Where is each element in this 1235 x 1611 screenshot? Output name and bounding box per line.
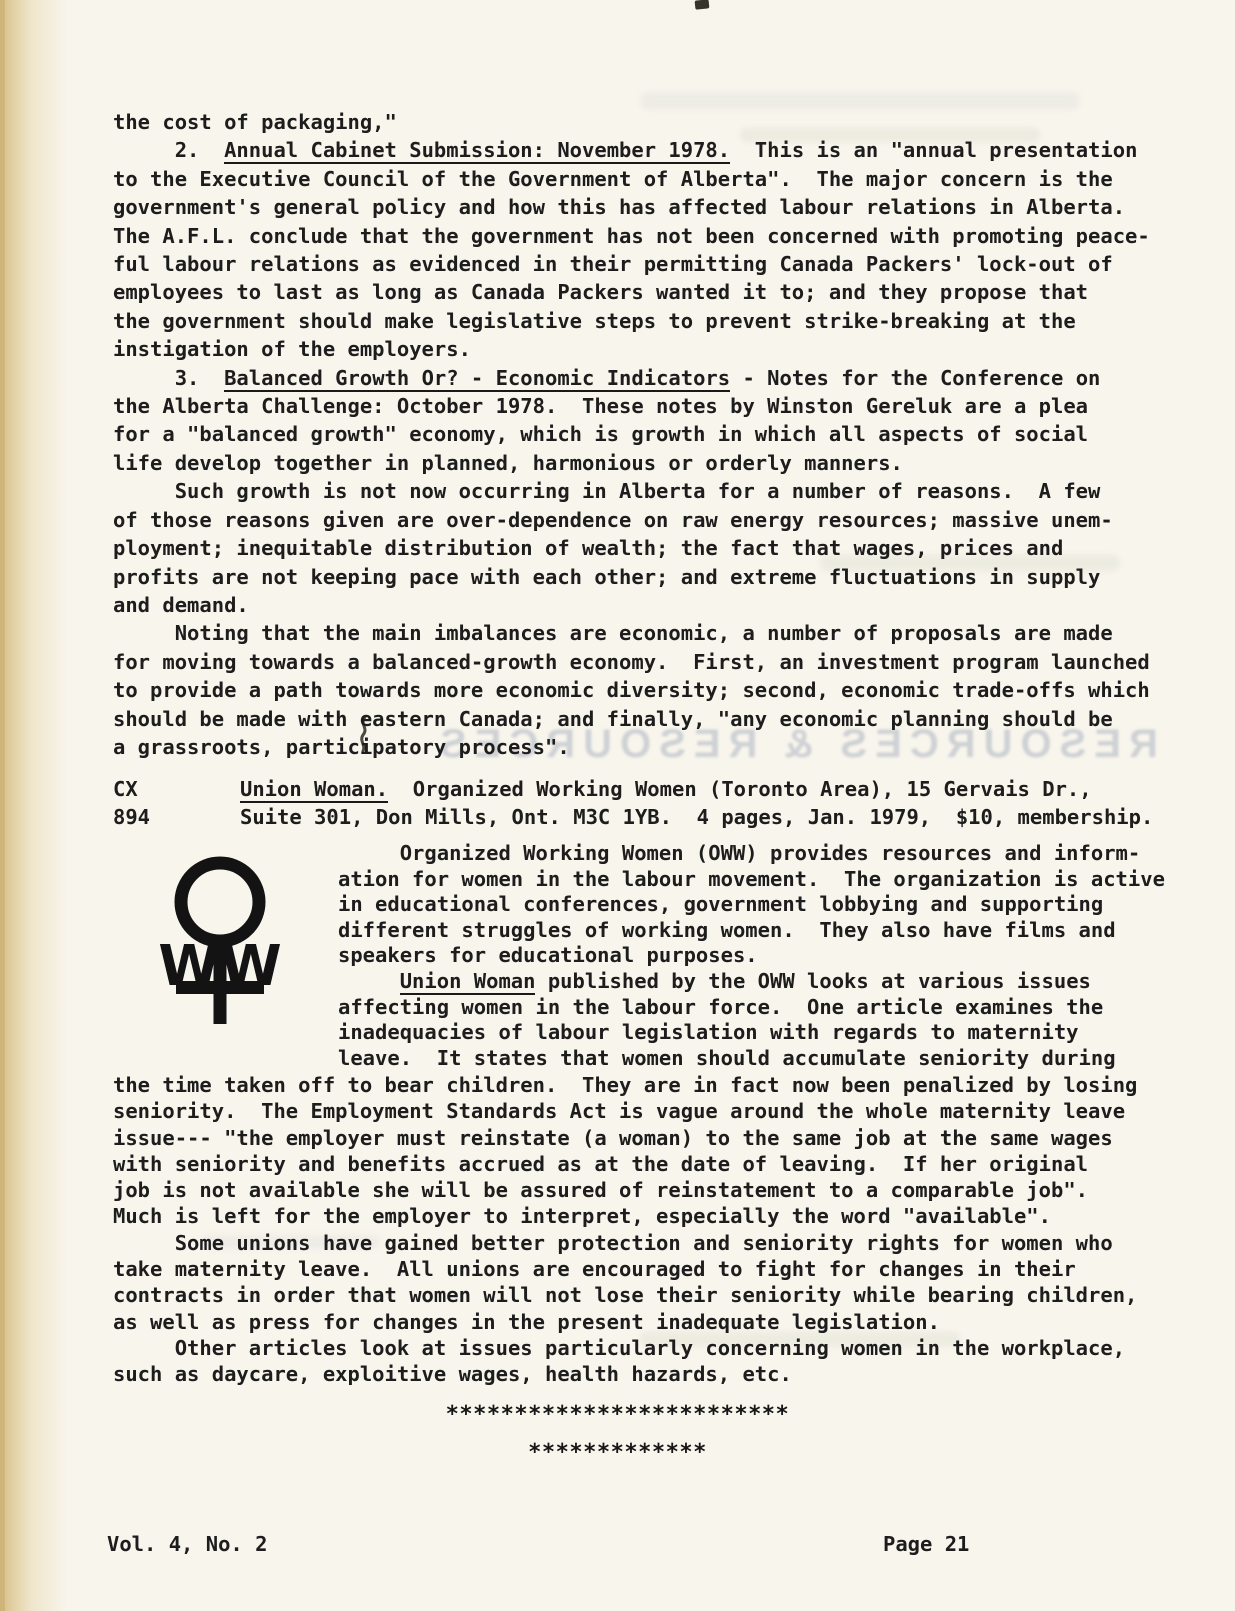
text-line: Union Woman. Organized Working Women (To…	[240, 775, 1153, 803]
underlined-heading: Annual Cabinet Submission: November 1978…	[224, 138, 730, 164]
lower-text-column: the time taken off to bear children. The…	[113, 1072, 1137, 1388]
text-line: the Alberta Challenge: October 1978. The…	[113, 392, 1150, 420]
text-segment: This is an "annual presentation	[730, 138, 1137, 162]
footer-page-number: Page 21	[883, 1532, 969, 1556]
underlined-title: Union Woman	[400, 969, 536, 995]
text-line: 2. Annual Cabinet Submission: November 1…	[113, 136, 1150, 164]
catalogue-code-line: CX	[113, 775, 150, 803]
underlined-heading: Balanced Growth Or? - Economic Indicator…	[224, 366, 730, 392]
scanned-page: RESOURCES & RESOURCES the cost of packag…	[0, 0, 1235, 1611]
text-line: Some unions have gained better protectio…	[113, 1230, 1137, 1256]
text-line: such as daycare, exploitive wages, healt…	[113, 1361, 1137, 1387]
text-line: Union Woman published by the OWW looks a…	[338, 969, 1165, 995]
asterisk-separator: *************	[0, 1440, 1235, 1465]
text-segment: Organized Working Women (Toronto Area), …	[388, 777, 1092, 801]
text-line: ation for women in the labour movement. …	[338, 867, 1165, 893]
text-line: job is not available she will be assured…	[113, 1177, 1137, 1203]
text-line: ful labour relations as evidenced in the…	[113, 250, 1150, 278]
oww-description: Organized Working Women (OWW) provides r…	[338, 841, 1165, 1071]
text-line: with seniority and benefits accrued as a…	[113, 1151, 1137, 1177]
text-line: contracts in order that women will not l…	[113, 1282, 1137, 1308]
text-line: affecting women in the labour force. One…	[338, 995, 1165, 1021]
text-line: employees to last as long as Canada Pack…	[113, 278, 1150, 306]
text-line: take maternity leave. All unions are enc…	[113, 1256, 1137, 1282]
scan-edge-shadow	[0, 0, 70, 1611]
text-segment: - Notes for the Conference on	[730, 366, 1100, 390]
text-segment: 2.	[113, 138, 224, 162]
text-line: to provide a path towards more economic …	[113, 676, 1150, 704]
text-line: should be made with eastern Canada; and …	[113, 705, 1150, 733]
asterisk-separator: *************************	[0, 1402, 1235, 1427]
scan-artifact-speck	[695, 0, 710, 10]
text-line: instigation of the employers.	[113, 335, 1150, 363]
text-line: Suite 301, Don Mills, Ont. M3C 1YB. 4 pa…	[240, 803, 1153, 831]
text-line: leave. It states that women should accum…	[338, 1046, 1165, 1072]
text-line: as well as press for changes in the pres…	[113, 1309, 1137, 1335]
text-line: a grassroots, participatory process".	[113, 733, 1150, 761]
text-segment: published by the OWW looks at various is…	[535, 969, 1090, 993]
text-line: Such growth is not now occurring in Albe…	[113, 477, 1150, 505]
scan-edge-line	[0, 0, 5, 1611]
text-line: Noting that the main imbalances are econ…	[113, 619, 1150, 647]
text-line: the time taken off to bear children. The…	[113, 1072, 1137, 1098]
oww-women-symbol-icon: WW	[150, 850, 290, 1028]
text-line: speakers for educational purposes.	[338, 943, 1165, 969]
text-line: government's general policy and how this…	[113, 193, 1150, 221]
text-line: different struggles of working women. Th…	[338, 918, 1165, 944]
text-line: Organized Working Women (OWW) provides r…	[338, 841, 1165, 867]
text-line: the cost of packaging,"	[113, 108, 1150, 136]
catalogue-code: CX 894	[113, 775, 150, 832]
catalogue-reference: Union Woman. Organized Working Women (To…	[240, 775, 1153, 832]
text-line: to the Executive Council of the Governme…	[113, 165, 1150, 193]
text-line: in educational conferences, government l…	[338, 892, 1165, 918]
underlined-title: Union Woman.	[240, 777, 388, 803]
text-line: seniority. The Employment Standards Act …	[113, 1098, 1137, 1124]
text-line: for moving towards a balanced-growth eco…	[113, 648, 1150, 676]
text-line: Much is left for the employer to interpr…	[113, 1203, 1137, 1229]
text-segment: 3.	[113, 366, 224, 390]
text-line: profits are not keeping pace with each o…	[113, 563, 1150, 591]
text-line: Other articles look at issues particular…	[113, 1335, 1137, 1361]
text-line: and demand.	[113, 591, 1150, 619]
text-line: issue--- "the employer must reinstate (a…	[113, 1125, 1137, 1151]
catalogue-code-line: 894	[113, 803, 150, 831]
text-line: ployment; inequitable distribution of we…	[113, 534, 1150, 562]
text-line: 3. Balanced Growth Or? - Economic Indica…	[113, 364, 1150, 392]
text-line: the government should make legislative s…	[113, 307, 1150, 335]
text-line: inadequacies of labour legislation with …	[338, 1020, 1165, 1046]
main-text-column: the cost of packaging," 2. Annual Cabine…	[113, 108, 1150, 761]
text-line: The A.F.L. conclude that the government …	[113, 222, 1150, 250]
text-line: of those reasons given are over-dependen…	[113, 506, 1150, 534]
text-line: for a "balanced growth" economy, which i…	[113, 420, 1150, 448]
text-line: life develop together in planned, harmon…	[113, 449, 1150, 477]
footer-volume: Vol. 4, No. 2	[107, 1532, 267, 1556]
text-segment	[338, 969, 400, 993]
